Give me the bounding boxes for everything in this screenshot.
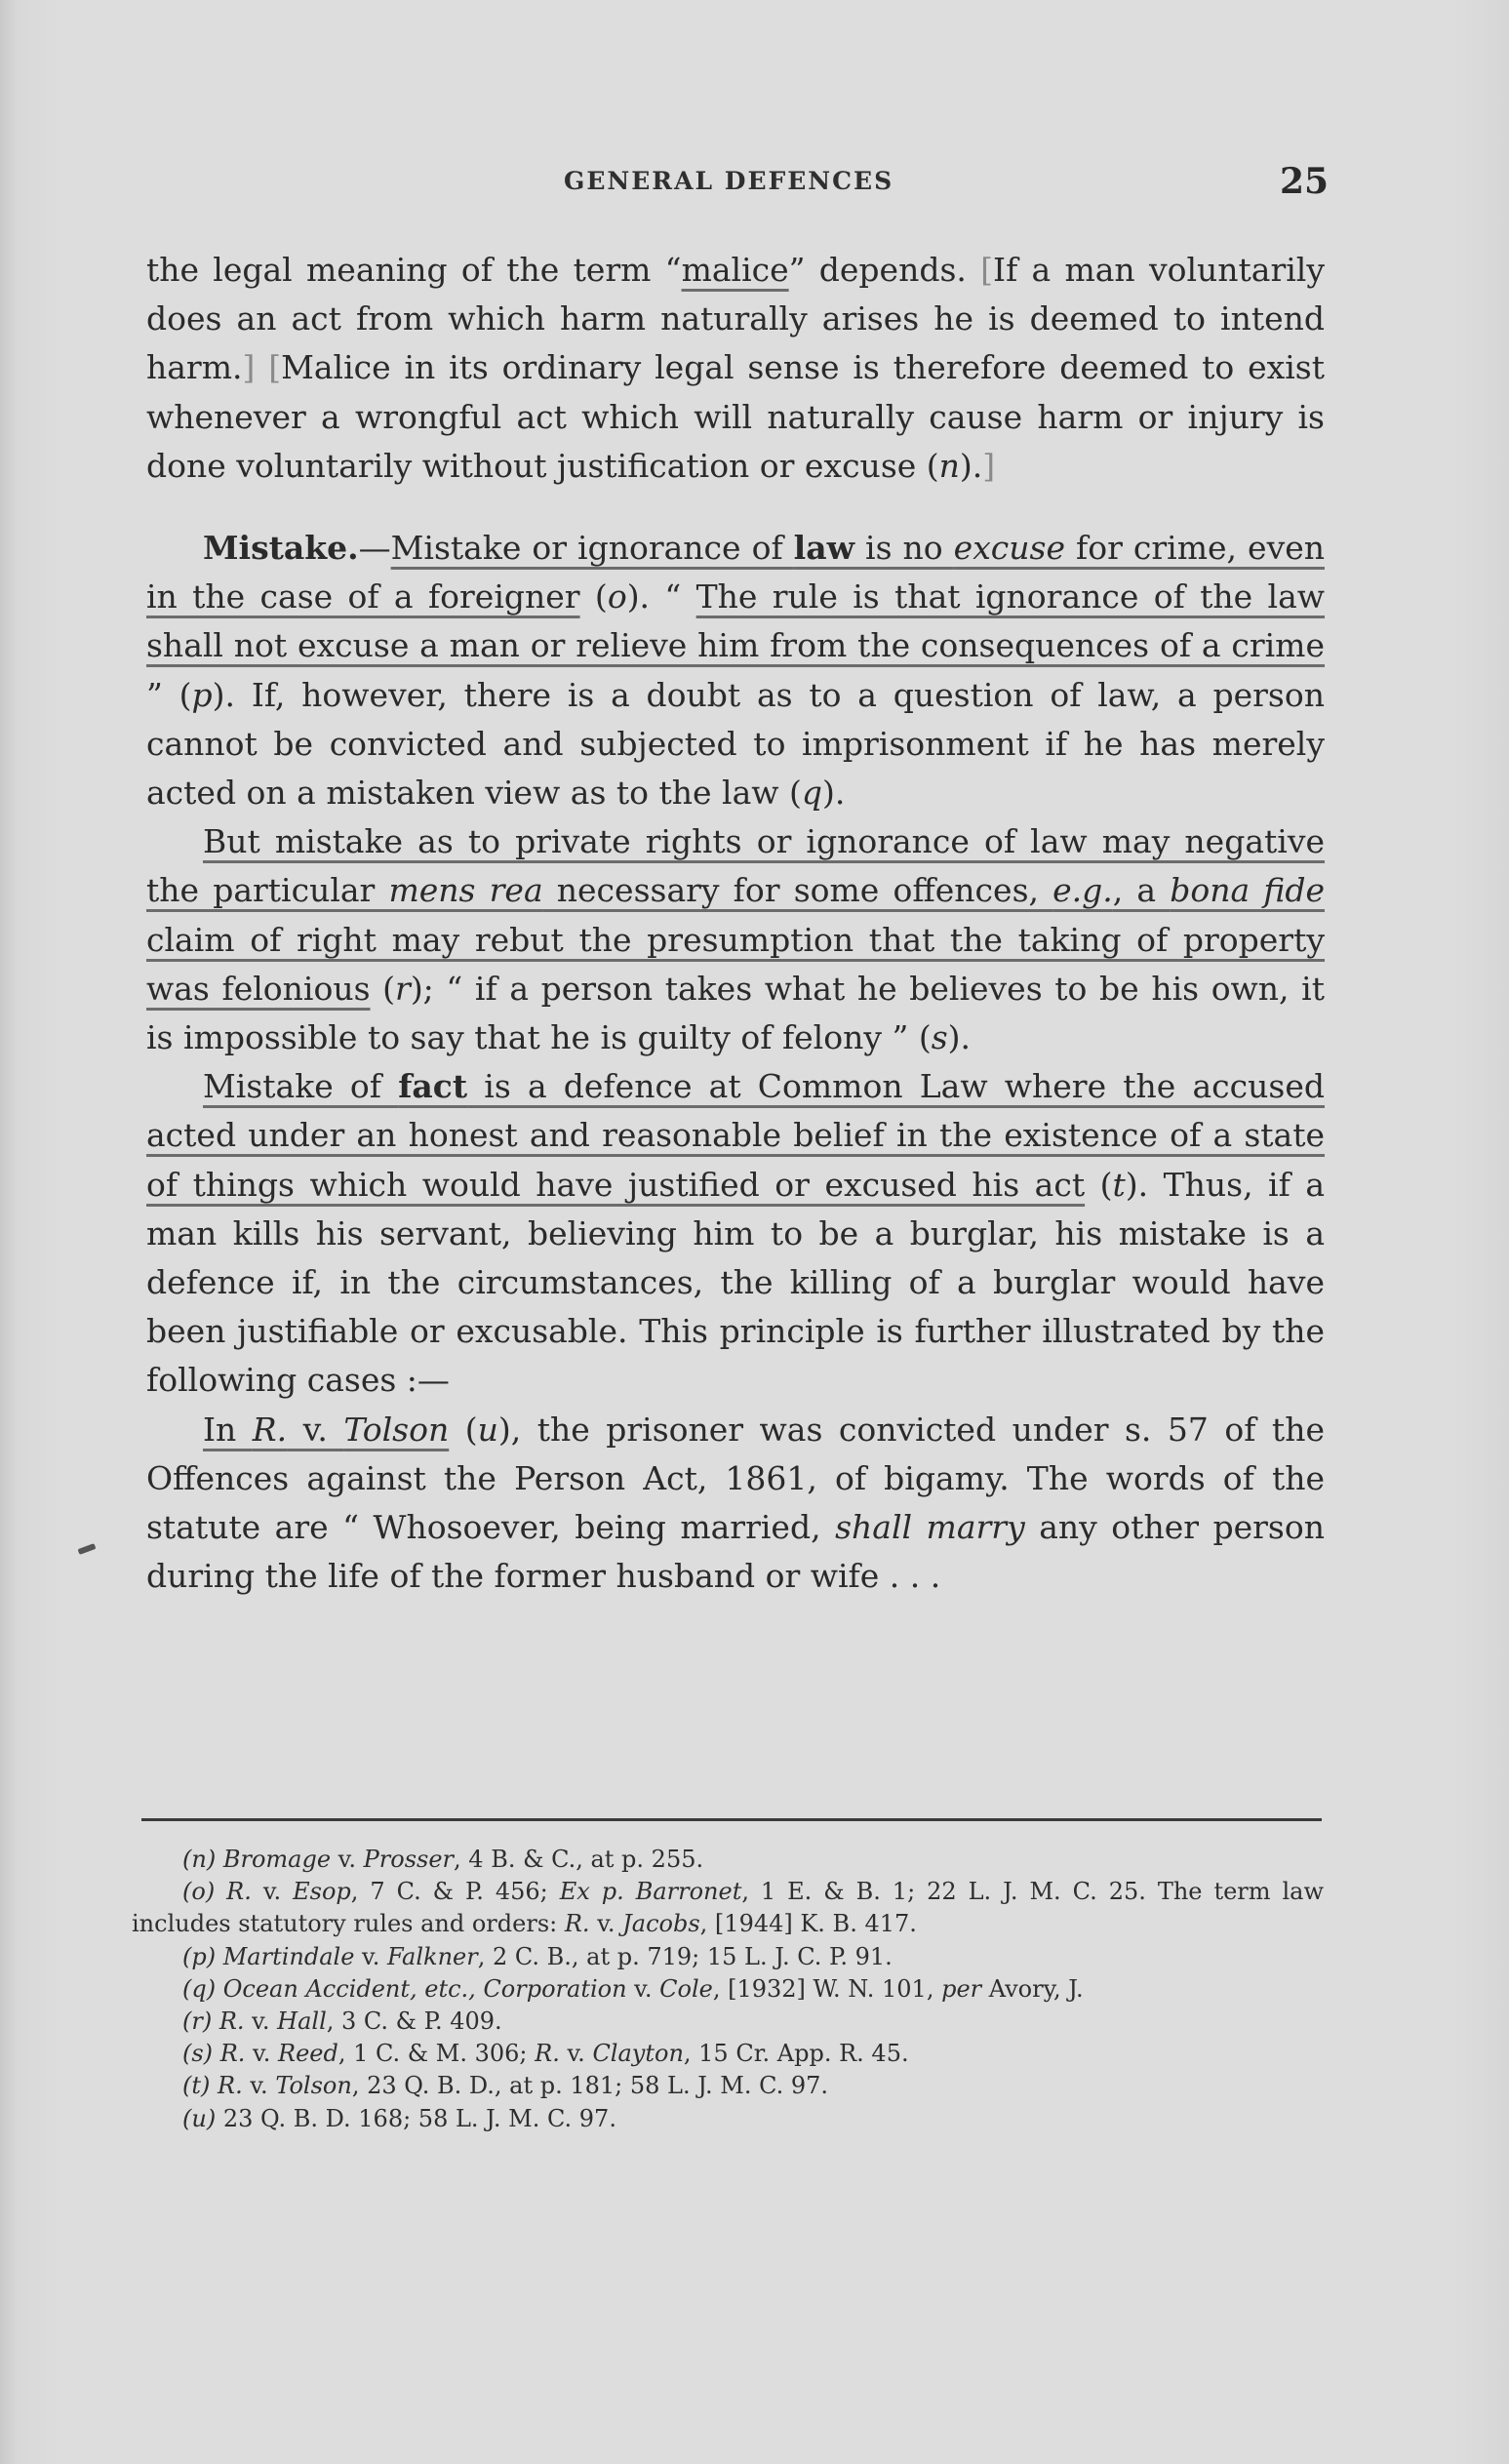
footnote-item: (u) 23 Q. B. D. 168; 58 L. J. M. C. 97. [132,2103,1324,2135]
footnote-ref-s[interactable]: s [932,1018,948,1056]
underlined-case-name: In R. v. Tolson [203,1411,449,1449]
pencil-bracket-close: ] [242,348,255,386]
footnote-label: (n) [182,1846,216,1873]
pencil-bracket-open: [ [268,348,281,386]
paragraph-private-rights: But mistake as to private rights or igno… [146,817,1325,1062]
footnote-ref-p[interactable]: p [192,676,213,714]
footnotes: (n) Bromage v. Prosser, 4 B. & C., at p.… [132,1844,1324,2135]
footnote-item: (r) R. v. Hall, 3 C. & P. 409. [132,2006,1324,2038]
pencil-mark [78,1543,97,1555]
footnote-divider [141,1818,1322,1821]
pencil-bracket-close: ] [982,447,995,485]
body-text: the legal meaning of the term “malice” d… [146,246,1325,1601]
underlined-malice: malice [682,251,789,289]
footnote-item: (t) R. v. Tolson, 23 Q. B. D., at p. 181… [132,2070,1324,2102]
footnote-ref-q[interactable]: q [802,774,822,812]
paragraph-mistake-of-law: Mistake.—Mistake or ignorance of law is … [146,524,1325,817]
pencil-bracket-open: [ [980,251,993,289]
footnote-ref-n[interactable]: n [939,447,960,485]
footnote-item: (p) Martindale v. Falkner, 2 C. B., at p… [132,1941,1324,1973]
footnote-ref-u[interactable]: u [478,1411,498,1449]
paragraph-mistake-of-fact: Mistake of fact is a defence at Common L… [146,1062,1325,1405]
footnote-item: (o) R. v. Esop, 7 C. & P. 456; Ex p. Bar… [132,1876,1324,1940]
paragraph-malice: the legal meaning of the term “malice” d… [146,246,1325,491]
footnote-item: (s) R. v. Reed, 1 C. & M. 306; R. v. Cla… [132,2038,1324,2070]
footnote-item: (q) Ocean Accident, etc., Corporation v.… [132,1973,1324,2006]
footnote-label: (u) [182,2105,216,2132]
page-number: 25 [1280,162,1329,201]
footnote-ref-r[interactable]: r [395,970,411,1008]
footnote-item: (n) Bromage v. Prosser, 4 B. & C., at p.… [132,1844,1324,1876]
footnote-label: (t) [182,2072,210,2099]
footnote-ref-o[interactable]: o [608,577,627,616]
footnote-ref-t[interactable]: t [1112,1166,1125,1204]
footnote-label: (s) [182,2040,213,2067]
section-heading-mistake: Mistake. [203,529,359,567]
footnote-label: (q) [182,1975,216,2003]
running-header: GENERAL DEFENCES 25 [0,162,1509,201]
footnote-label: (o) [182,1878,215,1905]
paragraph-tolson: In R. v. Tolson (u), the prisoner was co… [146,1406,1325,1602]
running-title: GENERAL DEFENCES [564,162,893,201]
footnote-label: (r) [182,2007,212,2035]
footnote-label: (p) [182,1943,216,1970]
